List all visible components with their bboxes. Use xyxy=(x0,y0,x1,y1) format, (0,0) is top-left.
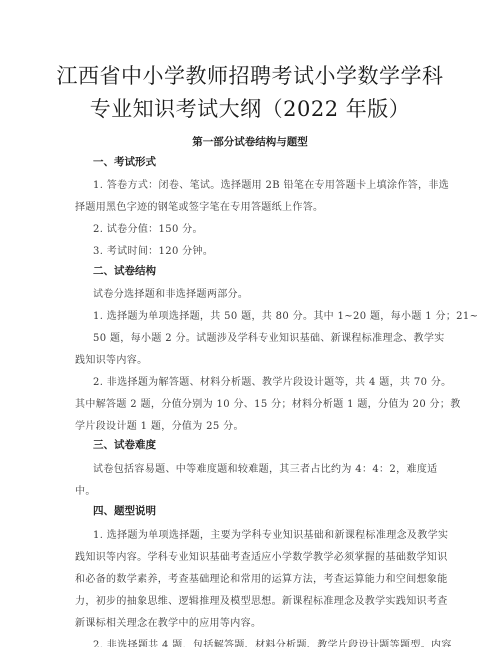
paragraph-line: 学片段设计题 1 题，分值为 25 分。 xyxy=(75,417,244,432)
paragraph-line: 2. 非选择题为解答题、材料分析题、教学片段设计题等，共 4 题，共 70 分。 xyxy=(93,373,452,388)
paragraph-line: 中。 xyxy=(75,482,96,497)
paragraph-line: 其中解答题 2 题，分值分别为 10 分、15 分；材料分析题 1 题，分值为 … xyxy=(75,395,461,410)
section-heading-difficulty: 三、试卷难度 xyxy=(93,437,156,452)
paragraph-line: 新课标相关理念在教学中的应用等内容。 xyxy=(75,614,261,629)
paragraph-line: 和必备的数学素养，考查基础理论和常用的运算方法，考查运算能力和空间想象能 xyxy=(75,570,448,585)
section-heading-question-types: 四、题型说明 xyxy=(93,503,156,518)
paragraph-line: 50 题，每小题 2 分。试题涉及学科专业知识基础、新课程标准理念、教学实 xyxy=(93,329,445,344)
section-heading-paper-structure: 二、试卷结构 xyxy=(93,263,156,278)
paragraph-line: 1. 选择题为单项选择题，主要为学科专业知识基础和新课程标准理念及教学实 xyxy=(93,526,448,541)
paragraph-line: 3. 考试时间：120 分钟。 xyxy=(93,242,213,257)
paragraph-line: 1. 答卷方式：闭卷、笔试。选择题用 2B 铅笔在专用答题卡上填涂作答，非选 xyxy=(93,176,449,191)
paragraph-line: 试卷包括容易题、中等难度题和较难题，其三者占比约为 4：4：2，难度适 xyxy=(93,460,438,475)
section-heading-exam-format: 一、考试形式 xyxy=(93,154,156,169)
part-heading: 第一部分试卷结构与题型 xyxy=(0,134,500,149)
paragraph-line: 1. 选择题为单项选择题，共 50 题，共 80 分。其中 1~20 题，每小题… xyxy=(93,307,478,322)
paragraph-line: 践知识等内容。 xyxy=(75,351,147,366)
paragraph-line: 试卷分选择题和非选择题两部分。 xyxy=(93,285,248,300)
paragraph-line: 择题用黑色字迹的钢笔或签字笔在专用答题纸上作答。 xyxy=(75,198,323,213)
document-title-line1: 江西省中小学教师招聘考试小学数学学科 xyxy=(0,62,500,90)
paragraph-line: 践知识等内容。学科专业知识基础考查适应小学数学教学必须掌握的基础数学知识 xyxy=(75,548,448,563)
paragraph-line: 力，初步的抽象思维、逻辑推理及模型思想。新课程标准理念及教学实践知识考查 xyxy=(75,592,448,607)
paragraph-line: 2. 试卷分值：150 分。 xyxy=(93,220,203,235)
paragraph-line: 2. 非选择题共 4 题，包括解答题、材料分析题、教学片段设计题等题型。内容 xyxy=(93,636,452,647)
document-title-line2: 专业知识考试大纲（2022 年版） xyxy=(0,95,500,123)
